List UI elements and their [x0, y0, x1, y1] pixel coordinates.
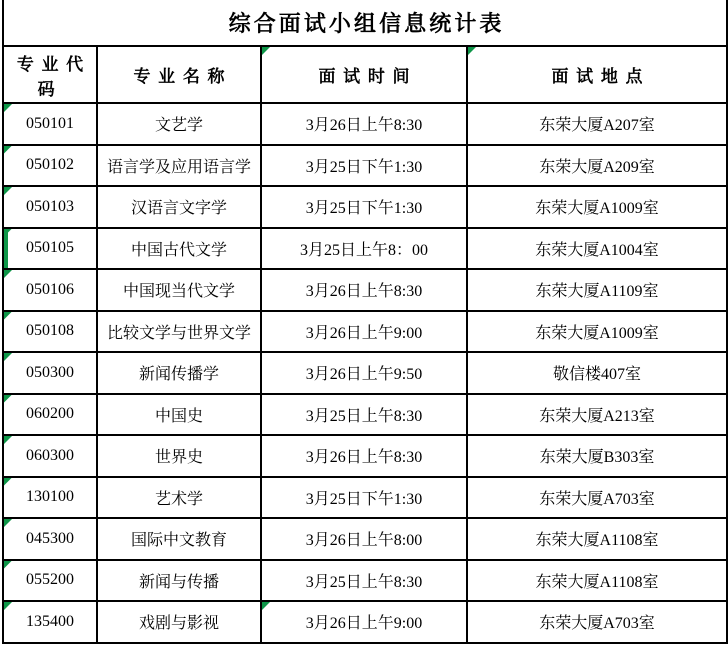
- code-cell: 050103: [3, 186, 97, 228]
- location-text: 东荣大厦B303室: [540, 449, 655, 466]
- table-row: 050105 中国古代文学 3月25日上午8：00 东荣大厦A1004室: [3, 228, 727, 270]
- name-cell: 新闻与传播: [97, 560, 261, 602]
- time-text: 3月25日上午8：00: [300, 242, 428, 259]
- error-indicator-icon: [4, 146, 12, 154]
- location-text: 东荣大厦A703室: [539, 491, 655, 508]
- name-cell: 中国古代文学: [97, 228, 261, 270]
- location-text: 东荣大厦A703室: [539, 615, 655, 632]
- code-text: 050105: [26, 239, 74, 256]
- header-location-text: 面试地点: [552, 67, 651, 86]
- time-text: 3月25日上午8:30: [306, 574, 422, 591]
- header-time-text: 面试时间: [319, 67, 418, 86]
- time-text: 3月26日上午8:30: [306, 449, 422, 466]
- name-text: 中国现当代文学: [123, 283, 235, 300]
- name-text: 中国史: [155, 408, 203, 425]
- location-cell: 东荣大厦A213室: [467, 394, 727, 436]
- header-row: 专业代码 专业名称 面试时间 面试地点: [3, 46, 727, 103]
- code-text: 050106: [26, 281, 74, 298]
- table-row: 060200 中国史 3月25日上午8:30 东荣大厦A213室: [3, 394, 727, 436]
- time-cell: 3月26日上午8:30: [261, 103, 467, 145]
- time-cell: 3月25日下午1:30: [261, 186, 467, 228]
- location-text: 东荣大厦A1004室: [535, 242, 659, 259]
- spreadsheet-page: 综合面试小组信息统计表 专业代码 专业名称 面试时间 面试地点 050101 文…: [0, 0, 728, 653]
- table-row: 050106 中国现当代文学 3月26日上午8:30 东荣大厦A1109室: [3, 269, 727, 311]
- time-cell: 3月25日上午8:30: [261, 394, 467, 436]
- name-text: 中国古代文学: [131, 242, 227, 259]
- code-cell: 050106: [3, 269, 97, 311]
- location-cell: 敬信楼407室: [467, 352, 727, 394]
- table-title-text: 综合面试小组信息统计表: [229, 11, 505, 36]
- table-row: 060300 世界史 3月26日上午8:30 东荣大厦B303室: [3, 435, 727, 477]
- time-cell: 3月26日上午8:30: [261, 269, 467, 311]
- location-text: 东荣大厦A209室: [539, 159, 655, 176]
- code-text: 060300: [26, 447, 74, 464]
- time-cell: 3月26日上午9:50: [261, 352, 467, 394]
- error-indicator-icon: [4, 561, 12, 569]
- code-text: 050102: [26, 156, 74, 173]
- table-row: 130100 艺术学 3月25日下午1:30 东荣大厦A703室: [3, 477, 727, 519]
- code-cell: 050300: [3, 352, 97, 394]
- location-cell: 东荣大厦A1009室: [467, 311, 727, 353]
- error-indicator-icon: [4, 353, 12, 361]
- code-cell: 050108: [3, 311, 97, 353]
- error-indicator-icon: [4, 519, 12, 527]
- location-text: 东荣大厦A1009室: [535, 200, 659, 217]
- time-text: 3月25日下午1:30: [306, 159, 422, 176]
- code-cell: 050102: [3, 145, 97, 187]
- time-text: 3月25日下午1:30: [306, 491, 422, 508]
- code-text: 050108: [26, 322, 74, 339]
- time-cell: 3月25日下午1:30: [261, 477, 467, 519]
- error-indicator-icon: [4, 478, 12, 486]
- location-cell: 东荣大厦A1004室: [467, 228, 727, 270]
- location-cell: 东荣大厦A1108室: [467, 518, 727, 560]
- location-cell: 东荣大厦A703室: [467, 477, 727, 519]
- name-text: 世界史: [155, 449, 203, 466]
- error-indicator-icon: [4, 395, 12, 403]
- table-row: 045300 国际中文教育 3月26日上午8:00 东荣大厦A1108室: [3, 518, 727, 560]
- error-indicator-icon: [262, 602, 270, 610]
- code-cell: 060200: [3, 394, 97, 436]
- code-text: 135400: [26, 613, 74, 630]
- time-text: 3月25日上午8:30: [306, 408, 422, 425]
- code-cell: 135400: [3, 601, 97, 643]
- header-code-text: 专业代码: [17, 55, 91, 99]
- time-text: 3月26日上午9:50: [306, 366, 422, 383]
- header-name-text: 专业名称: [134, 67, 233, 86]
- interview-info-table: 综合面试小组信息统计表 专业代码 专业名称 面试时间 面试地点 050101 文…: [2, 0, 728, 644]
- header-cell-name: 专业名称: [97, 46, 261, 103]
- time-cell: 3月25日下午1:30: [261, 145, 467, 187]
- location-cell: 东荣大厦A703室: [467, 601, 727, 643]
- name-text: 戏剧与影视: [139, 615, 219, 632]
- code-cell: 130100: [3, 477, 97, 519]
- code-cell: 050101: [3, 103, 97, 145]
- name-text: 文艺学: [155, 117, 203, 134]
- name-cell: 戏剧与影视: [97, 601, 261, 643]
- table-title: 综合面试小组信息统计表: [3, 0, 727, 46]
- error-indicator-icon: [4, 187, 12, 195]
- error-indicator-icon: [468, 47, 476, 55]
- name-text: 艺术学: [155, 491, 203, 508]
- table-row: 050101 文艺学 3月26日上午8:30 东荣大厦A207室: [3, 103, 727, 145]
- location-text: 东荣大厦A1108室: [536, 574, 659, 591]
- code-text: 060200: [26, 405, 74, 422]
- name-text: 国际中文教育: [131, 532, 227, 549]
- time-text: 3月26日上午8:30: [306, 283, 422, 300]
- code-text: 055200: [26, 571, 74, 588]
- name-cell: 语言学及应用语言学: [97, 145, 261, 187]
- time-cell: 3月26日上午9:00: [261, 601, 467, 643]
- error-indicator-icon: [4, 229, 12, 237]
- title-row: 综合面试小组信息统计表: [3, 0, 727, 46]
- error-indicator-icon: [262, 47, 270, 55]
- name-text: 汉语言文字学: [131, 200, 227, 217]
- name-text: 新闻传播学: [139, 366, 219, 383]
- location-text: 敬信楼407室: [553, 366, 641, 383]
- time-cell: 3月25日上午8:30: [261, 560, 467, 602]
- name-cell: 新闻传播学: [97, 352, 261, 394]
- time-text: 3月25日下午1:30: [306, 200, 422, 217]
- name-cell: 中国现当代文学: [97, 269, 261, 311]
- header-cell-location: 面试地点: [467, 46, 727, 103]
- code-cell: 050105: [3, 228, 97, 270]
- code-text: 045300: [26, 530, 74, 547]
- name-text: 语言学及应用语言学: [107, 159, 251, 176]
- time-cell: 3月26日上午8:00: [261, 518, 467, 560]
- location-cell: 东荣大厦A1108室: [467, 560, 727, 602]
- header-cell-code: 专业代码: [3, 46, 97, 103]
- code-text: 050103: [26, 198, 74, 215]
- table-row: 050102 语言学及应用语言学 3月25日下午1:30 东荣大厦A209室: [3, 145, 727, 187]
- error-indicator-icon: [4, 436, 12, 444]
- code-text: 050300: [26, 364, 74, 381]
- location-text: 东荣大厦A207室: [539, 117, 655, 134]
- table-row: 050103 汉语言文字学 3月25日下午1:30 东荣大厦A1009室: [3, 186, 727, 228]
- table-row: 055200 新闻与传播 3月25日上午8:30 东荣大厦A1108室: [3, 560, 727, 602]
- name-cell: 世界史: [97, 435, 261, 477]
- name-cell: 艺术学: [97, 477, 261, 519]
- name-text: 比较文学与世界文学: [107, 325, 251, 342]
- time-cell: 3月26日上午9:00: [261, 311, 467, 353]
- code-cell: 055200: [3, 560, 97, 602]
- name-text: 新闻与传播: [139, 574, 219, 591]
- location-cell: 东荣大厦A209室: [467, 145, 727, 187]
- time-text: 3月26日上午8:00: [306, 532, 422, 549]
- error-indicator-icon: [4, 270, 12, 278]
- header-cell-time: 面试时间: [261, 46, 467, 103]
- code-cell: 060300: [3, 435, 97, 477]
- location-cell: 东荣大厦B303室: [467, 435, 727, 477]
- table-row: 135400 戏剧与影视 3月26日上午9:00 东荣大厦A703室: [3, 601, 727, 643]
- name-cell: 国际中文教育: [97, 518, 261, 560]
- time-cell: 3月25日上午8：00: [261, 228, 467, 270]
- name-cell: 汉语言文字学: [97, 186, 261, 228]
- table-row: 050108 比较文学与世界文学 3月26日上午9:00 东荣大厦A1009室: [3, 311, 727, 353]
- code-text: 130100: [26, 488, 74, 505]
- location-text: 东荣大厦A1009室: [535, 325, 659, 342]
- time-text: 3月26日上午9:00: [306, 325, 422, 342]
- time-text: 3月26日上午9:00: [306, 615, 422, 632]
- name-cell: 比较文学与世界文学: [97, 311, 261, 353]
- location-text: 东荣大厦A213室: [539, 408, 655, 425]
- location-text: 东荣大厦A1108室: [536, 532, 659, 549]
- time-cell: 3月26日上午8:30: [261, 435, 467, 477]
- error-indicator-icon: [4, 104, 12, 112]
- location-text: 东荣大厦A1109室: [536, 283, 659, 300]
- location-cell: 东荣大厦A1009室: [467, 186, 727, 228]
- code-cell: 045300: [3, 518, 97, 560]
- error-indicator-icon: [4, 312, 12, 320]
- error-indicator-icon: [4, 602, 12, 610]
- location-cell: 东荣大厦A1109室: [467, 269, 727, 311]
- time-text: 3月26日上午8:30: [306, 117, 422, 134]
- table-row: 050300 新闻传播学 3月26日上午9:50 敬信楼407室: [3, 352, 727, 394]
- name-cell: 中国史: [97, 394, 261, 436]
- location-cell: 东荣大厦A207室: [467, 103, 727, 145]
- name-cell: 文艺学: [97, 103, 261, 145]
- code-text: 050101: [26, 115, 74, 132]
